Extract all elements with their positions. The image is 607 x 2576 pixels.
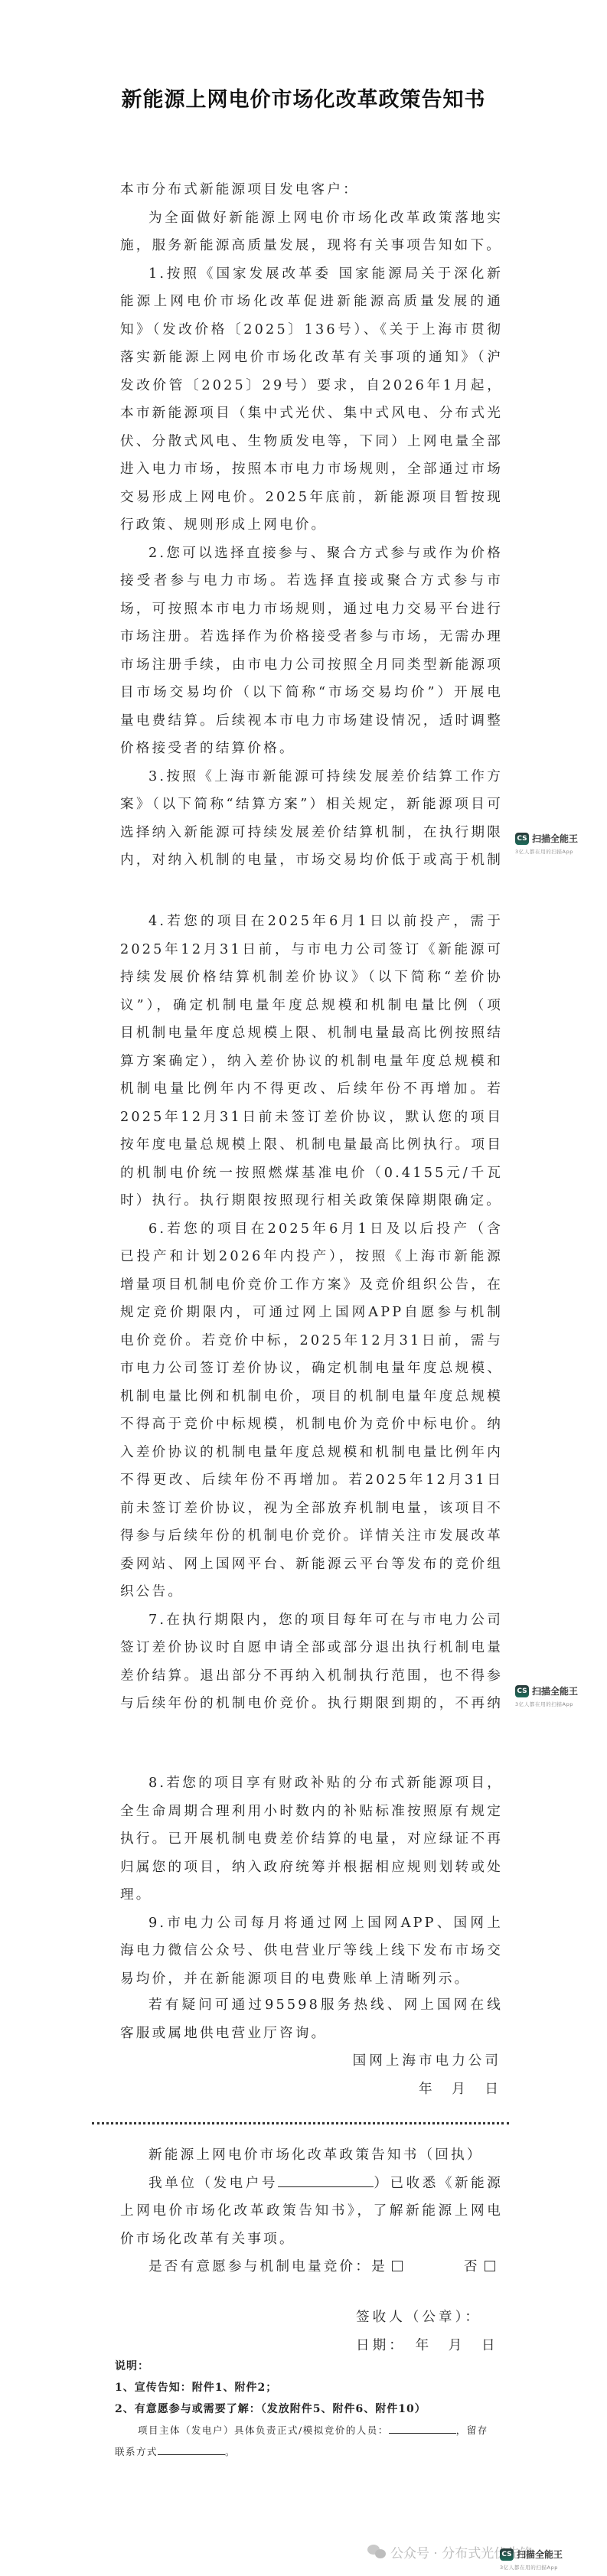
body-section-1: 本市分布式新能源项目发电客户： 为全面做好新能源上网电价市场化改革政策落地实施，… <box>120 176 503 902</box>
notes-item-2: 2、有意愿参与或需要了解：（发放附件5、附件6、附件10） <box>115 2398 513 2420</box>
contact-person-field[interactable] <box>389 2423 456 2434</box>
receipt-section: 新能源上网电价市场化改革政策告知书（回执） 我单位（发电户号）已收悉《新能源上网… <box>120 2141 503 2281</box>
notes-item-1: 1、宣传告知：附件1、附件2； <box>115 2377 513 2398</box>
clause-4: 4.若您的项目在2025年6月1日以前投产，需于2025年12月31日前，与市电… <box>120 908 503 1215</box>
camscanner-slogan: 3亿人都在用的扫描App <box>500 2564 558 2571</box>
option-yes-label: 是 <box>371 2259 387 2274</box>
clause-2: 2.您可以选择直接参与、聚合方式参与或作为价格接受者参与电力市场。若选择直接或聚… <box>120 540 503 763</box>
option-yes-checkbox[interactable] <box>392 2261 403 2271</box>
document-page-3: 8.若您的项目享有财政补贴的分布式新能源项目，全生命周期合理利用小时数内的补贴标… <box>0 1722 607 2576</box>
notes-section: 说明： 1、宣传告知：附件1、附件2； 2、有意愿参与或需要了解：（发放附件5、… <box>115 2356 513 2463</box>
option-no-checkbox[interactable] <box>485 2261 495 2271</box>
intro-paragraph: 为全面做好新能源上网电价市场化改革政策落地实施，服务新能源高质量发展，现将有关事… <box>120 204 503 260</box>
participation-question: 是否有意愿参与机制电量竞价：是否 <box>120 2253 503 2281</box>
document-page-2: 4.若您的项目在2025年6月1日以前投产，需于2025年12月31日前，与市电… <box>0 872 607 1722</box>
contact-method-field[interactable] <box>158 2444 225 2455</box>
camscanner-name: 扫描全能王 <box>517 2548 563 2561</box>
issue-date: 年 月 日 <box>353 2075 501 2104</box>
contact-person-line: 项目主体（发电户）具体负责正式/模拟竞价的人员：，留存 <box>115 2420 513 2441</box>
tear-off-divider <box>92 2122 509 2124</box>
camscanner-logo-icon: CS <box>515 1685 529 1697</box>
clause-1: 1.按照《国家发展改革委 国家能源局关于深化新能源上网电价市场化改革促进新能源高… <box>120 260 503 540</box>
camscanner-name: 扫描全能王 <box>532 1685 578 1697</box>
camscanner-logo-icon: CS <box>515 833 529 845</box>
camscanner-slogan: 3亿人都在用的扫描App <box>515 848 573 855</box>
salutation: 本市分布式新能源项目发电客户： <box>120 176 503 204</box>
issuer-name: 国网上海市电力公司 <box>353 2047 501 2075</box>
document-title: 新能源上网电价市场化改革政策告知书 <box>0 83 607 112</box>
receipt-acknowledgement: 我单位（发电户号）已收悉《新能源上网电价市场化改革政策告知书》，了解新能源上网电… <box>120 2170 503 2254</box>
camscanner-watermark: CS 扫描全能王 3亿人都在用的扫描App <box>500 2548 576 2574</box>
contact-method-line: 联系方式。 <box>115 2441 513 2463</box>
receipt-signature: 签收人（公章）： 日期： 年 月 日 <box>356 2304 501 2359</box>
notes-heading: 说明： <box>115 2356 513 2377</box>
document-page-1: 新能源上网电价市场化改革政策告知书 本市分布式新能源项目发电客户： 为全面做好新… <box>0 0 607 872</box>
clause-6: 6.若您的项目在2025年6月1日及以后投产（含已投产和计划2026年内投产），… <box>120 1215 503 1606</box>
camscanner-slogan: 3亿人都在用的扫描App <box>515 1700 573 1707</box>
camscanner-watermark: CS 扫描全能王 3亿人都在用的扫描App <box>515 1685 592 1711</box>
clause-8: 8.若您的项目享有财政补贴的分布式新能源项目，全生命周期合理利用小时数内的补贴标… <box>120 1769 503 1909</box>
camscanner-watermark: CS 扫描全能王 3亿人都在用的扫描App <box>515 833 592 859</box>
camscanner-logo-icon: CS <box>500 2548 514 2561</box>
receipt-title: 新能源上网电价市场化改革政策告知书（回执） <box>120 2141 503 2170</box>
wechat-icon <box>367 2545 387 2560</box>
contact-paragraph: 若有疑问可通过95598服务热线、网上国网在线客服或属地供电营业厅咨询。 <box>120 1991 503 2047</box>
body-section-2: 4.若您的项目在2025年6月1日以前投产，需于2025年12月31日前，与市电… <box>120 908 503 1746</box>
issuer-signature: 国网上海市电力公司 年 月 日 <box>353 2047 501 2103</box>
clause-9: 9.市电力公司每月将通过网上国网APP、国网上海电力微信公众号、供电营业厅等线上… <box>120 1909 503 1994</box>
body-section-3: 8.若您的项目享有财政补贴的分布式新能源项目，全生命周期合理利用小时数内的补贴标… <box>120 1769 503 1993</box>
signer-label: 签收人（公章）： <box>356 2304 501 2332</box>
option-no-label: 否 <box>464 2259 480 2274</box>
account-number-field[interactable] <box>278 2172 374 2187</box>
camscanner-name: 扫描全能王 <box>532 833 578 845</box>
